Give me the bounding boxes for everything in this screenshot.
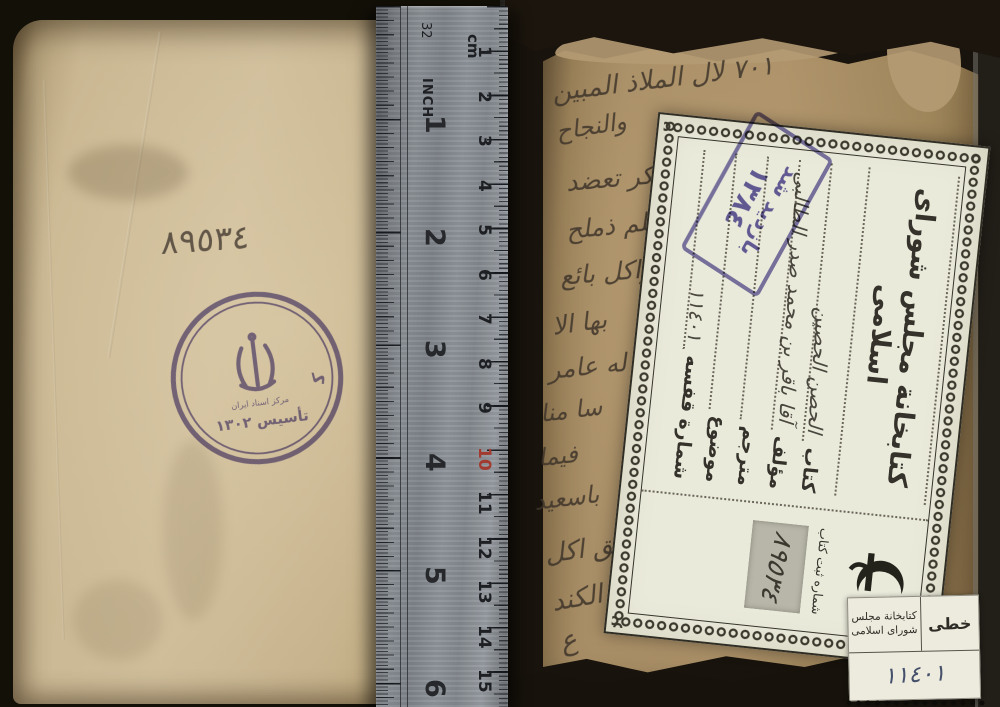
- ruler-inch-number: 4: [419, 453, 450, 472]
- ruler-cm-number: 2: [474, 91, 494, 103]
- ruler-inch-number: 3: [419, 340, 450, 359]
- ruler-inch-number: 6: [419, 679, 450, 698]
- ruler-cm-number: 1: [474, 46, 494, 58]
- handwriting-line: ع: [556, 622, 581, 658]
- ruler-scale-divider: [400, 6, 408, 707]
- handwriting-line: له عامر: [546, 348, 627, 385]
- ruler-inch-ticks: [376, 6, 401, 707]
- registration-label: شماره ثبت كتاب: [809, 527, 833, 615]
- handwriting-line: بها الا: [550, 304, 609, 340]
- handwriting-line: فيما: [537, 440, 580, 472]
- library-name-cell: كتابخانة مجلس شوراى اسلامى: [848, 597, 921, 652]
- registration-number-box: ٨٩٥٣٤: [744, 520, 809, 613]
- ruler-cm-number: 14: [474, 625, 494, 649]
- handwriting-line: باسعيد: [532, 480, 600, 516]
- manuscript-scan: ٨٩٥٣٤ كتابخانه مجلس شوراى اسلامى مركز اس…: [0, 0, 1000, 707]
- handwriting-line: والنجاح: [554, 107, 629, 146]
- handwritten-catalog-number: ١١٤٠١: [848, 648, 980, 701]
- ruler-cm-number: 15: [474, 669, 494, 693]
- handwriting-line: سا منا: [538, 392, 603, 427]
- registration-number: ٨٩٥٣٤: [754, 527, 798, 606]
- ruler-cm-number: 7: [474, 313, 494, 325]
- ruler-cm-number: 5: [474, 224, 494, 236]
- catalog-type-label: خطى كتابخانة مجلس شوراى اسلامى ١١٤٠١: [847, 595, 981, 702]
- ruler-cm-number: 12: [474, 536, 494, 560]
- ruler-cm-number: 3: [474, 135, 494, 147]
- svg-text:مجلس شوراى اسلامى ايران: مجلس شوراى اسلامى ايران: [916, 541, 919, 552]
- ruler-cm-number: 6: [474, 269, 494, 281]
- ruler: cm 32 INCH 123456789101112131415 123456: [376, 6, 508, 707]
- card-logo-text: مجلس شوراى اسلامى ايران: [916, 541, 919, 552]
- ruler-cm-number: 10: [474, 447, 494, 471]
- handwriting-line: الكند: [549, 579, 604, 617]
- ruler-cm-number: 11: [474, 491, 494, 515]
- ruler-cm-number: 8: [474, 358, 494, 370]
- perforation-dots: [845, 699, 987, 707]
- ruler-inch-number: 2: [419, 228, 450, 247]
- ruler-cm-number: 13: [474, 580, 494, 604]
- handwritten-shelf-number: ١١٤٠١: [682, 287, 710, 342]
- ruler-inch-label: INCH: [419, 78, 434, 118]
- manuscript-type-cell: خطى: [919, 596, 979, 651]
- ruler-inch-number: 1: [419, 115, 450, 134]
- ruler-cm-number: 9: [474, 402, 494, 414]
- ruler-fraction-label: 32: [418, 22, 433, 39]
- handwriting-line: ٧٠١ لال الملاذ المبين: [550, 51, 775, 108]
- ruler-cm-number: 4: [474, 180, 494, 192]
- ruler-inch-number: 5: [419, 566, 450, 585]
